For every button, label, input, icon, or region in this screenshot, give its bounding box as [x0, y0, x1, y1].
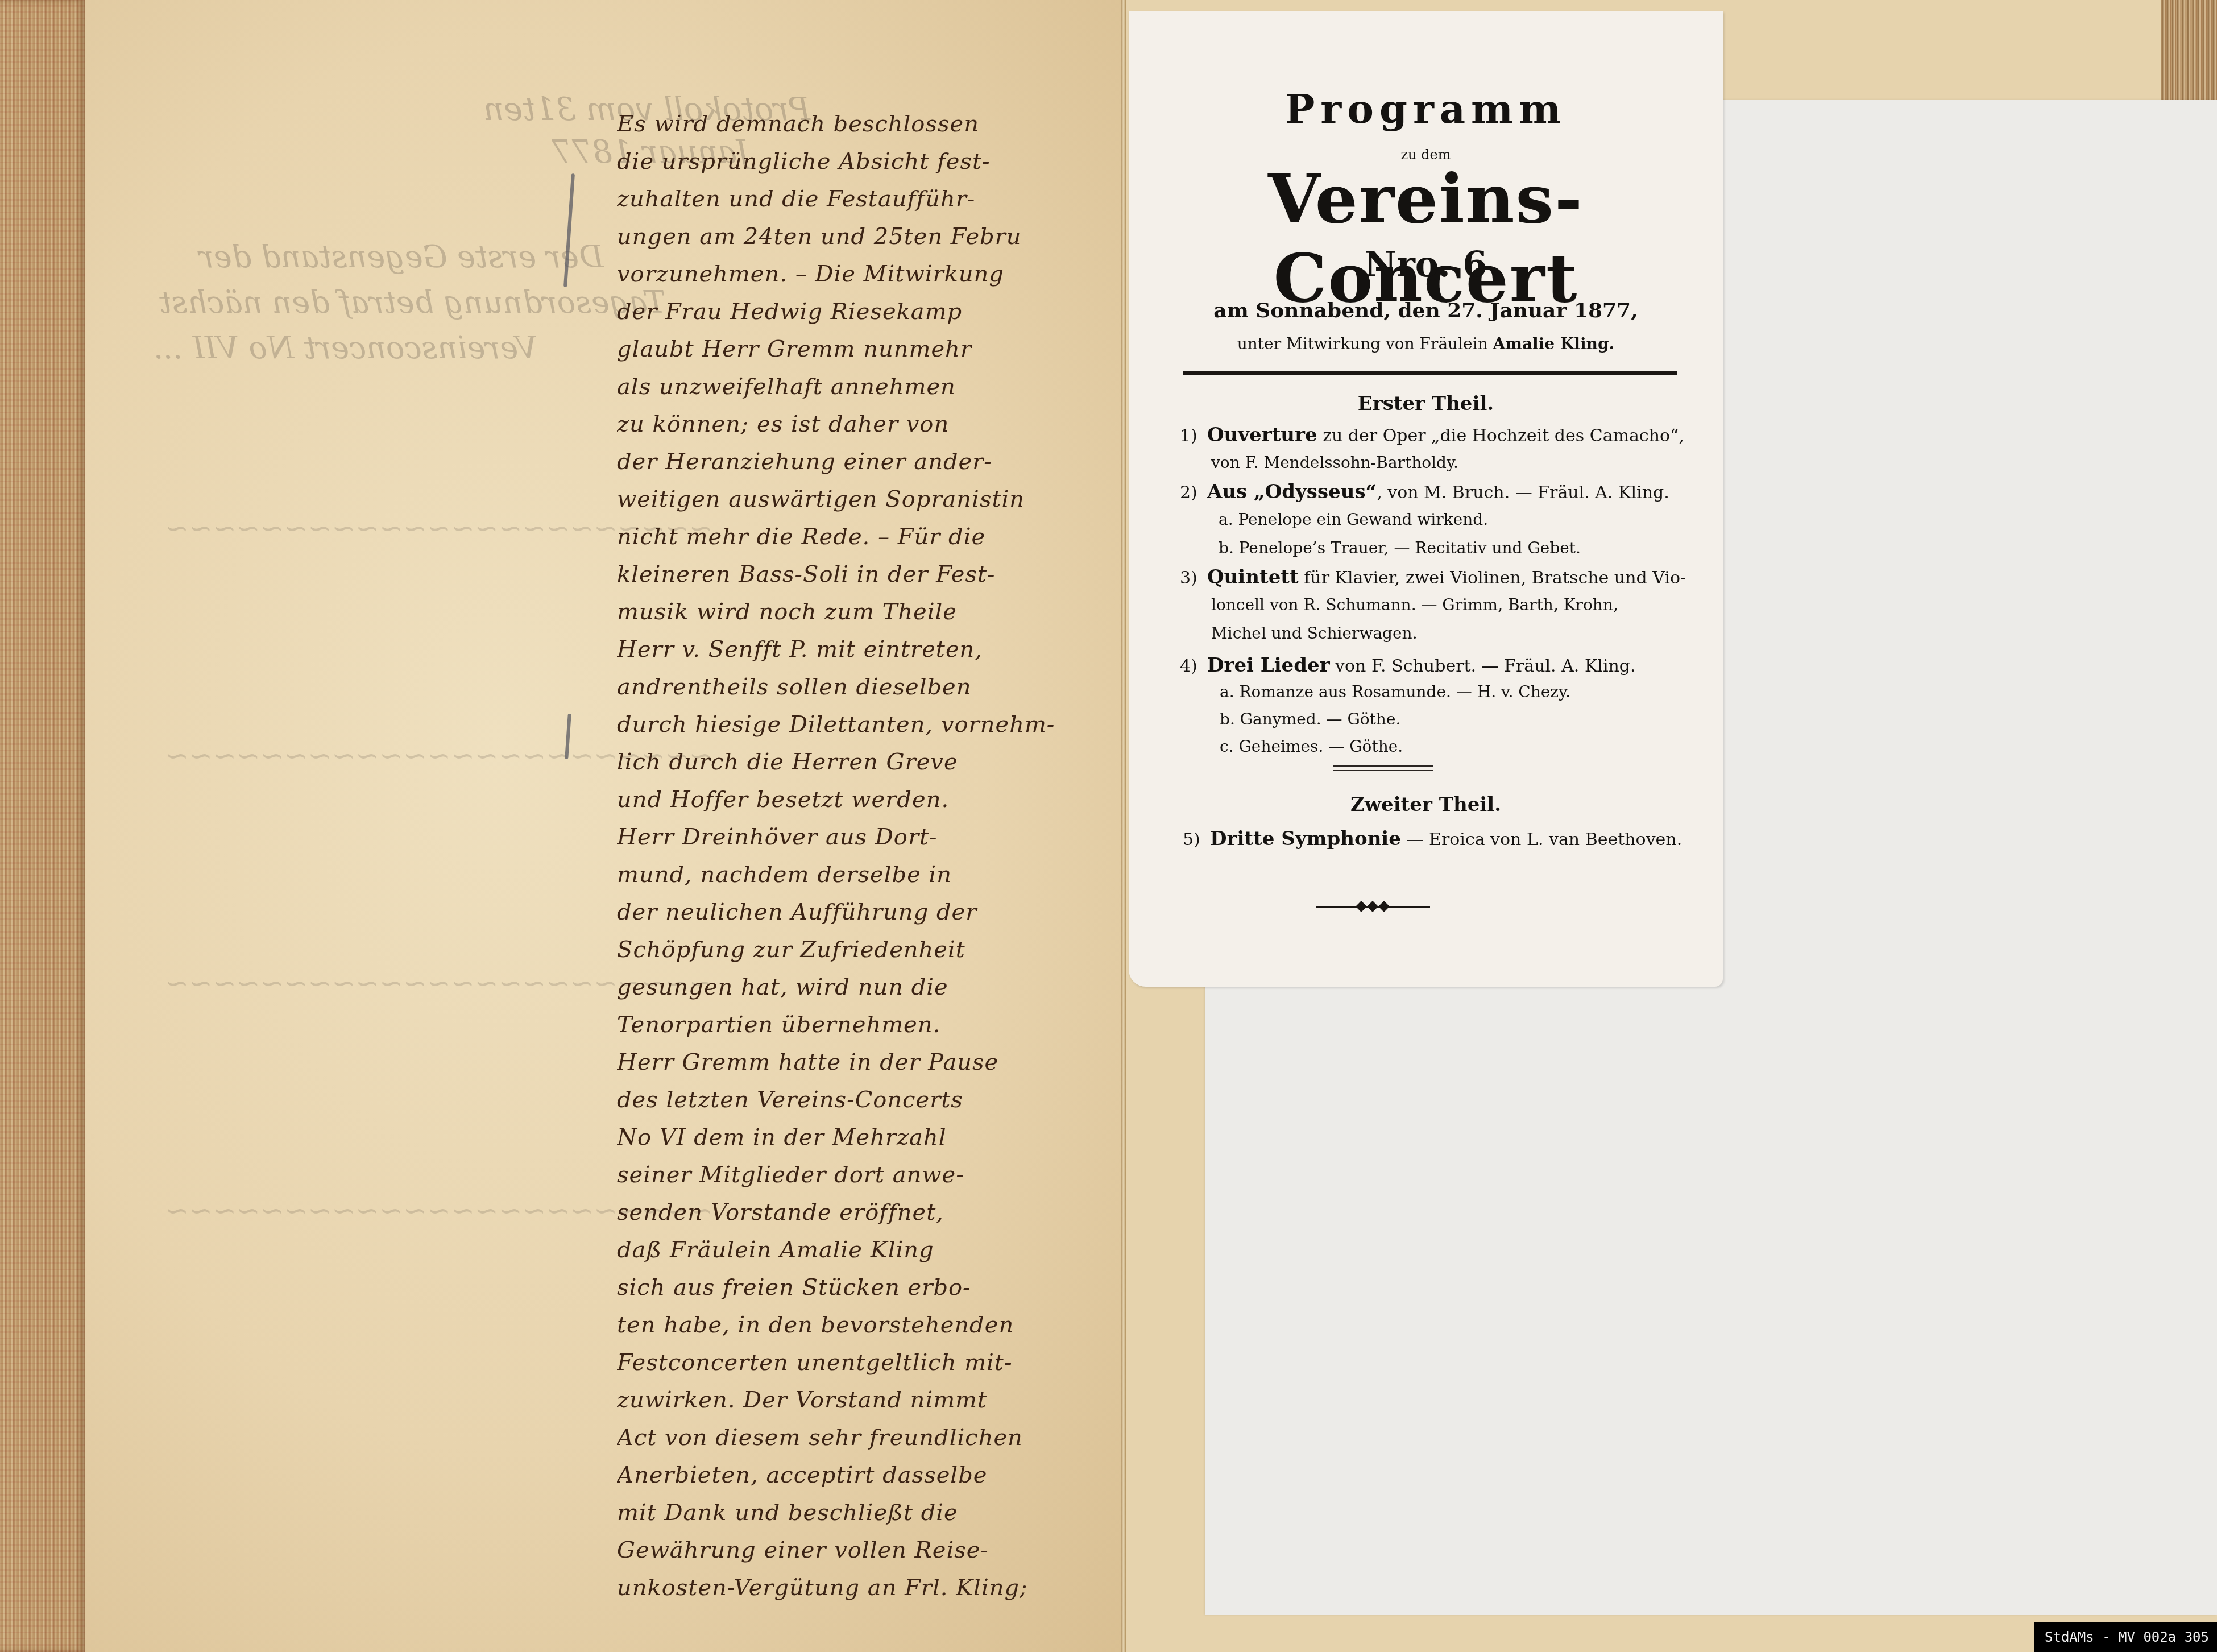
- book-gutter: [1121, 0, 1126, 1652]
- handwritten-line: musik wird noch zum Theile: [617, 593, 1129, 631]
- handwritten-line: und Hoffer besetzt werden.: [617, 781, 1129, 818]
- item-continuation: Michel und Schierwagen.: [1211, 624, 1418, 643]
- item-continuation: loncell von R. Schumann. — Grimm, Barth,…: [1211, 595, 1618, 614]
- handwritten-line: gesungen hat, wird nun die: [617, 968, 1129, 1006]
- handwritten-line: nicht mehr die Rede. – Für die: [617, 518, 1129, 556]
- handwritten-line: die ursprüngliche Absicht fest-: [617, 143, 1129, 180]
- concert-date: am Sonnabend, den 27. Januar 1877,: [1129, 299, 1723, 322]
- handwritten-line: Herr Dreinhöver aus Dort-: [617, 818, 1129, 856]
- programme-title: Programm: [1129, 85, 1723, 133]
- guest-prefix: unter Mitwirkung von Fräulein: [1237, 334, 1488, 353]
- programme-item: 5)Dritte Symphonie — Eroica von L. van B…: [1183, 827, 1694, 850]
- piece-title: Dritte Symphonie: [1210, 827, 1401, 850]
- archive-reference-label: StdAMs - MV_002a_305: [2034, 1622, 2217, 1652]
- handwritten-line: ten habe, in den bevorstehenden: [617, 1306, 1129, 1344]
- part-heading: Zweiter Theil.: [1129, 793, 1723, 816]
- programme-item: 4)Drei Lieder von F. Schubert. — Fräul. …: [1180, 654, 1692, 677]
- handwritten-line: weitigen auswärtigen Sopranistin: [617, 481, 1129, 518]
- handwritten-line: senden Vorstande eröffnet,: [617, 1194, 1129, 1231]
- handwritten-line: der neulichen Aufführung der: [617, 893, 1129, 931]
- handwritten-line: Herr Gremm hatte in der Pause: [617, 1044, 1129, 1081]
- handwritten-line: sich aus freien Stücken erbo-: [617, 1269, 1129, 1306]
- handwritten-line: als unzweifelhaft annehmen: [617, 368, 1129, 405]
- piece-title: Drei Lieder: [1207, 654, 1330, 677]
- handwritten-line: ungen am 24ten und 25ten Febru: [617, 218, 1129, 255]
- programme-item: 2)Aus „Odysseus“, von M. Bruch. — Fräul.…: [1180, 481, 1692, 503]
- ornamental-rule: [1316, 901, 1430, 913]
- double-rule: [1333, 765, 1433, 771]
- handwritten-line: Tenorpartien übernehmen.: [617, 1006, 1129, 1044]
- piece-title: Quintett: [1207, 566, 1299, 589]
- piece-title: Aus „Odysseus“: [1207, 481, 1377, 503]
- sub-item: c. Geheimes. — Göthe.: [1220, 737, 1403, 756]
- handwritten-line: zuhalten und die Festaufführ-: [617, 180, 1129, 218]
- book-fore-edge-left: [0, 0, 85, 1652]
- handwritten-line: unkosten-Vergütung an Frl. Kling;: [617, 1569, 1129, 1607]
- handwritten-line: Festconcerten unentgeltlich mit-: [617, 1344, 1129, 1381]
- handwritten-line: Act von diesem sehr freundlichen: [617, 1419, 1129, 1456]
- handwritten-line: Herr v. Senfft P. mit eintreten,: [617, 631, 1129, 668]
- handwritten-line: Schöpfung zur Zufriedenheit: [617, 931, 1129, 968]
- handwritten-line: Es wird demnach beschlossen: [617, 105, 1129, 143]
- piece-title: Ouverture: [1207, 424, 1317, 446]
- handwritten-minutes: Es wird demnach beschlossendie ursprüngl…: [617, 105, 1129, 1607]
- handwritten-line: Anerbieten, acceptirt dasselbe: [617, 1456, 1129, 1494]
- sub-item: a. Romanze aus Rosamunde. — H. v. Chezy.: [1220, 682, 1570, 701]
- item-continuation: von F. Mendelssohn-Bartholdy.: [1211, 453, 1458, 472]
- handwritten-line: seiner Mitglieder dort anwe-: [617, 1156, 1129, 1194]
- bleed-through-text: Vereinsconcert No VII ...: [154, 330, 537, 366]
- handwritten-line: zuwirken. Der Vorstand nimmt: [617, 1381, 1129, 1419]
- part-heading: Erster Theil.: [1129, 392, 1723, 415]
- bleed-through-text: Der erste Gegenstand der: [199, 239, 603, 275]
- concert-programme: Programm zu dem Vereins-Concert Nro. 6 a…: [1129, 11, 1723, 987]
- programme-item: 1)Ouverture zu der Oper „die Hochzeit de…: [1180, 424, 1692, 446]
- handwritten-line: daß Fräulein Amalie Kling: [617, 1231, 1129, 1269]
- concert-number: Nro. 6: [1129, 243, 1723, 285]
- handwritten-line: zu können; es ist daher von: [617, 405, 1129, 443]
- heavy-rule: [1183, 371, 1677, 375]
- bleed-through-text: Tagesordnung betraf den nächst: [159, 284, 665, 320]
- sub-item: a. Penelope ein Gewand wirkend.: [1219, 510, 1488, 529]
- handwritten-line: lich durch die Herren Greve: [617, 743, 1129, 781]
- programme-item: 3)Quintett für Klavier, zwei Violinen, B…: [1180, 566, 1692, 589]
- sub-item: b. Penelope’s Trauer, — Recitativ und Ge…: [1219, 539, 1581, 557]
- handwritten-line: des letzten Vereins-Concerts: [617, 1081, 1129, 1119]
- sub-item: b. Ganymed. — Göthe.: [1220, 710, 1400, 728]
- handwritten-line: mund, nachdem derselbe in: [617, 856, 1129, 893]
- handwritten-line: der Frau Hedwig Riesekamp: [617, 293, 1129, 330]
- handwritten-line: glaubt Herr Gremm nunmehr: [617, 330, 1129, 368]
- guest-performer-line: unter Mitwirkung von Fräulein Amalie Kli…: [1129, 334, 1723, 353]
- handwritten-line: andrentheils sollen dieselben: [617, 668, 1129, 706]
- handwritten-line: Gewährung einer vollen Reise-: [617, 1531, 1129, 1569]
- handwritten-line: durch hiesige Dilettanten, vornehm-: [617, 706, 1129, 743]
- handwritten-line: No VI dem in der Mehrzahl: [617, 1119, 1129, 1156]
- handwritten-line: mit Dank und beschließt die: [617, 1494, 1129, 1531]
- guest-name: Amalie Kling.: [1493, 334, 1615, 353]
- handwritten-line: der Heranziehung einer ander-: [617, 443, 1129, 481]
- programme-main-title: Vereins-Concert: [1129, 159, 1723, 317]
- handwritten-line: vorzunehmen. – Die Mitwirkung: [617, 255, 1129, 293]
- handwritten-line: kleineren Bass-Soli in der Fest-: [617, 556, 1129, 593]
